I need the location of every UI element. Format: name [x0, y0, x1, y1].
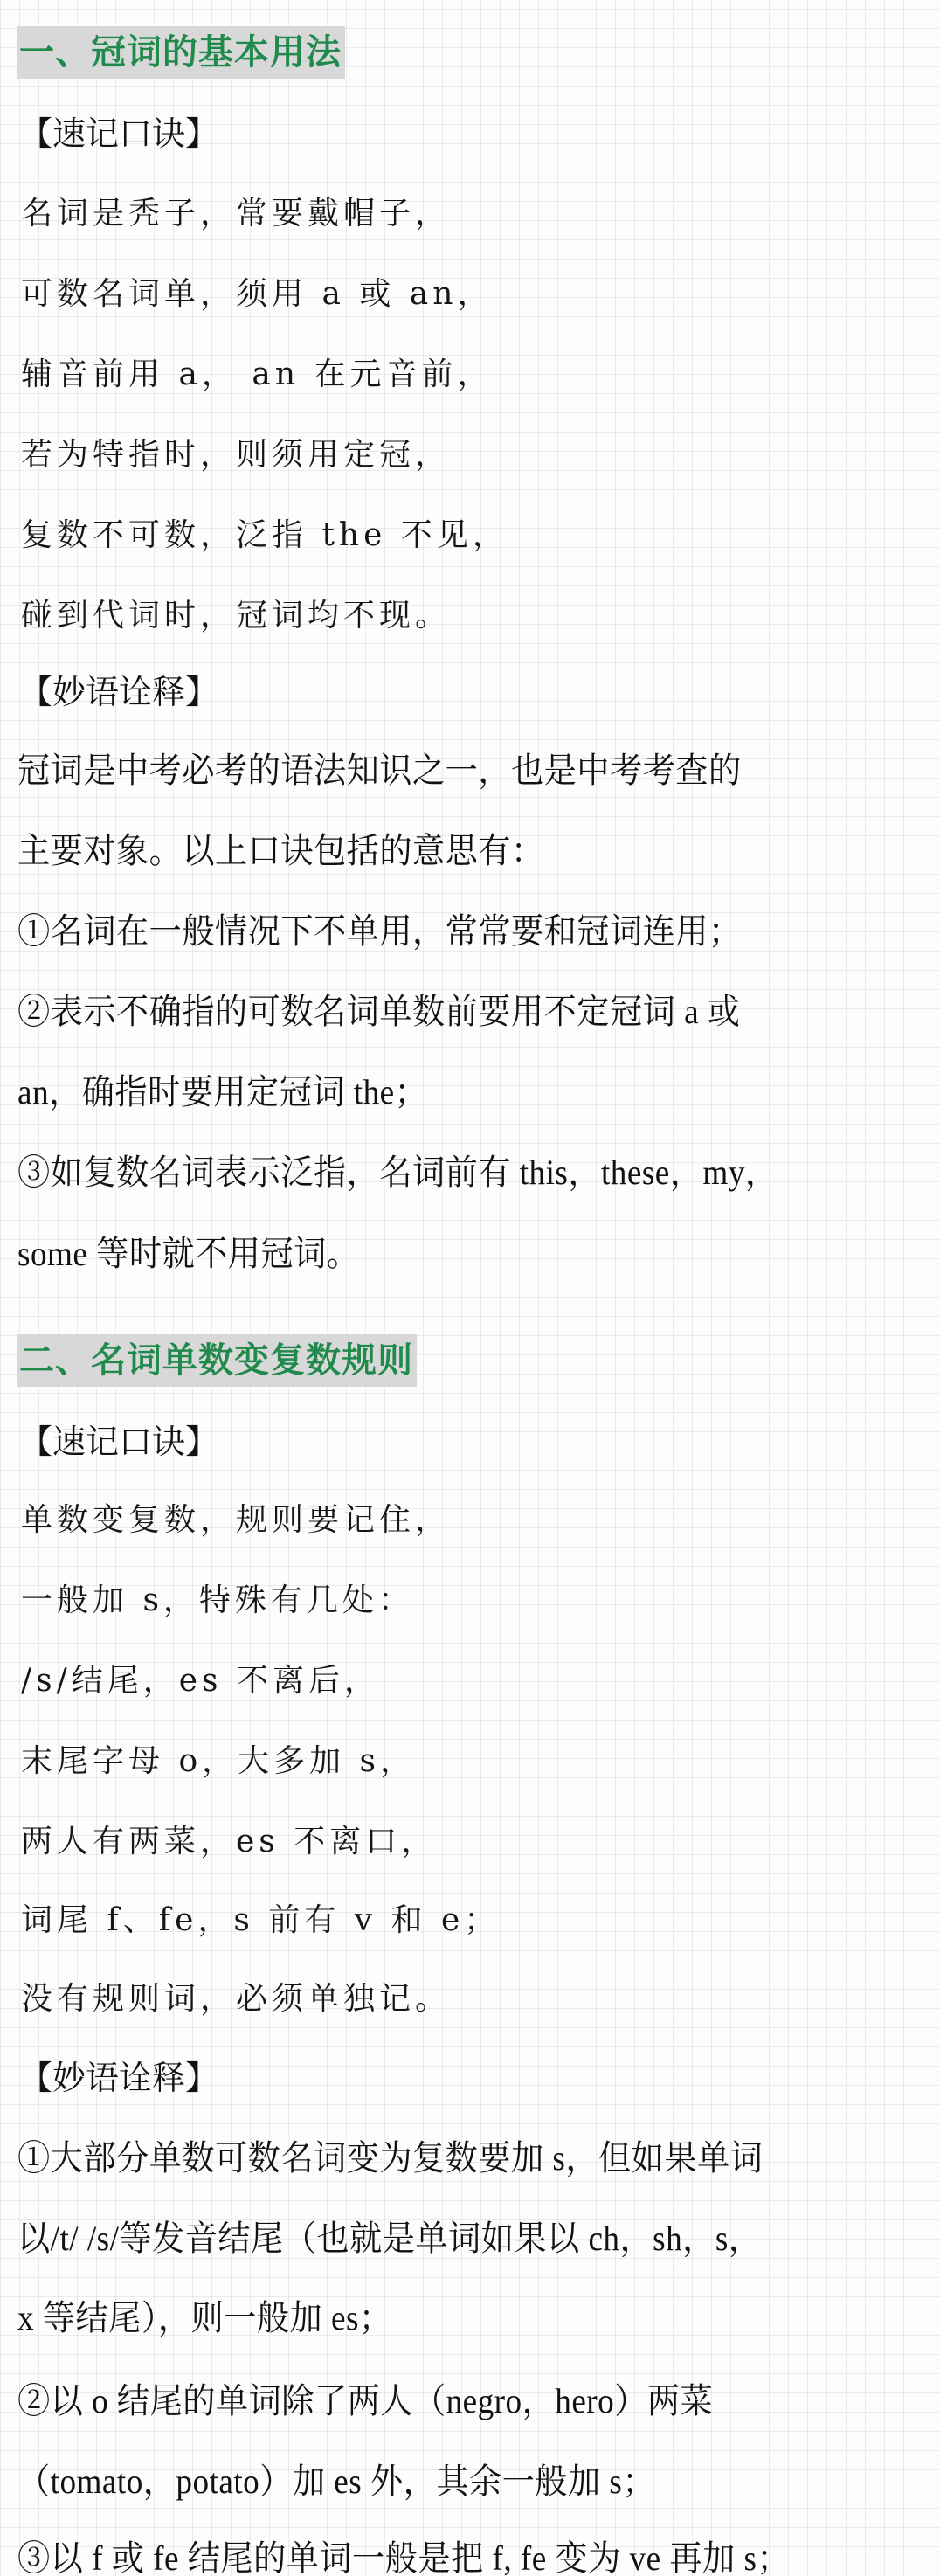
explanation-line: ③如复数名词表示泛指，名词前有 this，these，my，	[17, 1155, 778, 1190]
explanation-label: 【妙语诠释】	[19, 2061, 218, 2095]
mnemonic-line: /s/结尾，es 不离后，	[21, 1665, 380, 1697]
mnemonic-line: 可数名词单，须用 a 或 an，	[21, 279, 493, 310]
mnemonic-line: 复数不可数，泛指 the 不见，	[21, 520, 508, 551]
explanation-line: x 等结尾），则一般加 es；	[17, 2301, 392, 2336]
mnemonic-line: 单数变复数，规则要记住，	[21, 1505, 451, 1536]
section-heading: 二、名词单数变复数规则	[17, 1334, 417, 1387]
section-heading: 一、冠词的基本用法	[17, 26, 345, 79]
explanation-line: 以/t/ /s/等发音结尾（也就是单词如果以 ch，sh，s，	[17, 2221, 761, 2256]
explanation-line: 主要对象。以上口诀包括的意思有：	[17, 834, 544, 869]
explanation-line: ①大部分单数可数名词变为复数要加 s，但如果单词	[17, 2141, 763, 2176]
mnemonic-line: 一般加 s，特殊有几处：	[21, 1585, 414, 1617]
mnemonic-line: 末尾字母 o，大多加 s，	[21, 1746, 416, 1777]
mnemonic-line: 名词是秃子，常要戴帽子，	[21, 198, 451, 230]
explanation-line: ①名词在一般情况下不单用，常常要和冠词连用；	[17, 914, 742, 949]
mnemonic-label: 【速记口诀】	[19, 1425, 218, 1458]
explanation-line: 冠词是中考必考的语法知识之一，也是中考考查的	[17, 753, 742, 788]
mnemonic-line: 没有规则词，必须单独记。	[21, 1984, 451, 2015]
mnemonic-line: 辅音前用 a， an 在元音前，	[21, 359, 493, 391]
mnemonic-line: 词尾 f、fe，s 前有 v 和 e；	[21, 1905, 500, 1936]
explanation-line: some 等时就不用冠词。	[17, 1236, 359, 1271]
explanation-line: ③以 f 或 fe 结尾的单词一般是把 f, fe 变为 ve 再加 s；	[17, 2541, 790, 2576]
explanation-label: 【妙语诠释】	[19, 675, 218, 709]
explanation-line: ②以 o 结尾的单词除了两人（negro，hero）两菜	[17, 2384, 713, 2419]
explanation-line: an，确指时要用定冠词 the；	[17, 1075, 427, 1110]
mnemonic-label: 【速记口诀】	[19, 117, 218, 150]
explanation-line: ②表示不确指的可数名词单数前要用不定冠词 a 或	[17, 994, 740, 1029]
mnemonic-line: 碰到代词时，冠词均不现。	[21, 600, 451, 632]
mnemonic-line: 两人有两菜，es 不离口，	[21, 1826, 437, 1858]
explanation-line: （tomato，potato）加 es 外，其余一般加 s；	[17, 2464, 655, 2499]
mnemonic-line: 若为特指时，则须用定冠，	[21, 440, 451, 471]
